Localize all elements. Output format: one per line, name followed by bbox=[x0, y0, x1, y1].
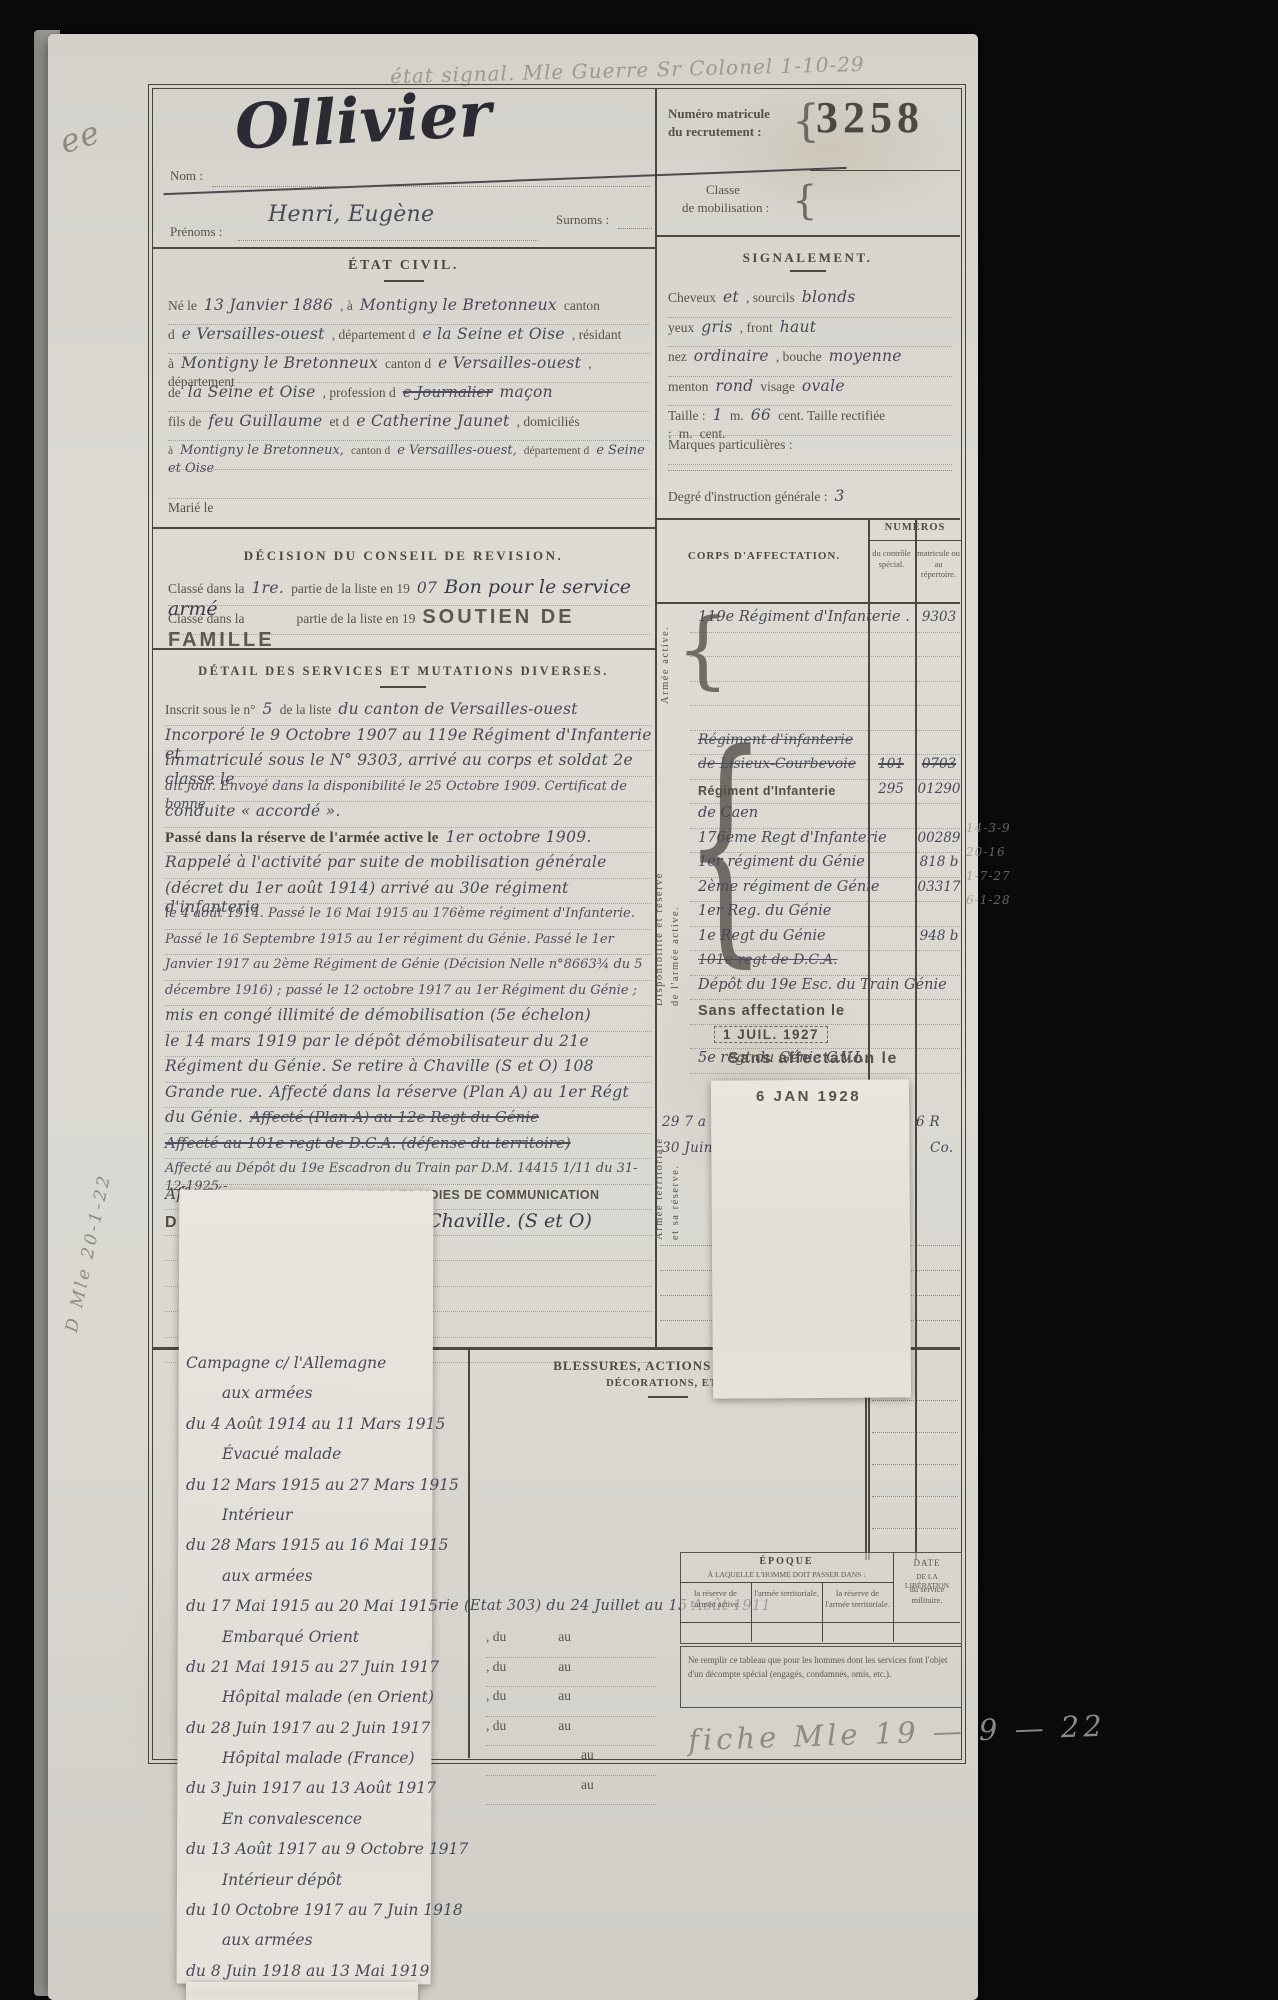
sans-affectation-stamp-label: Sans affectation le bbox=[728, 1050, 898, 1068]
etat-civil-underline bbox=[384, 280, 424, 282]
epoque-col2: l'armée territoriale. bbox=[753, 1588, 820, 1599]
nom-label: Nom : bbox=[170, 168, 203, 184]
matricule-rule bbox=[810, 170, 960, 171]
epoque-subtitle: À LAQUELLE L'HOMME DOIT PASSER DANS : bbox=[682, 1570, 891, 1579]
matricule-col-header: matricule ou au répertoire. bbox=[916, 548, 961, 580]
epoque-header-rule bbox=[680, 1582, 893, 1583]
degre-line: Degré d'instruction générale :3 bbox=[668, 487, 952, 516]
note-text: Ne remplir ce tableau que pour les homme… bbox=[688, 1654, 952, 1681]
dotted-row bbox=[872, 1400, 958, 1401]
marques-dotted-line bbox=[668, 470, 952, 471]
armee-active-label: Armée active. bbox=[660, 608, 671, 704]
decision-lines: Classé dans la1re.partie de la liste en … bbox=[168, 576, 650, 635]
territoriale-label-1: Armée territoriale bbox=[654, 1020, 665, 1240]
right-margin-pencil-notes: 14-3-920-161-7-276-1-28 bbox=[966, 816, 1011, 912]
prenoms-dotted-line bbox=[238, 240, 538, 241]
epoque-body-rule bbox=[680, 1622, 960, 1623]
handwriting-fragment: 29 7 a bbox=[662, 1114, 706, 1130]
reserve-label-1: Disponibilité et réserve bbox=[654, 718, 665, 1006]
surnoms-dotted-line bbox=[618, 228, 652, 229]
sans-affectation-stamp-date: 6 JAN 1928 bbox=[756, 1088, 861, 1105]
matricule-number: 3258 bbox=[816, 92, 924, 143]
handwriting-fragment: 30 Juin bbox=[662, 1140, 713, 1156]
epoque-col1: la réserve de l'armée active. bbox=[682, 1588, 749, 1609]
dotted-row bbox=[872, 1496, 958, 1497]
epoque-title: ÉPOQUE bbox=[680, 1556, 893, 1567]
controle-col-header: du contrôle spécial. bbox=[869, 548, 914, 569]
epoque-col-divider bbox=[751, 1582, 752, 1642]
dotted-row bbox=[872, 1464, 958, 1465]
nom-dotted-line bbox=[212, 186, 650, 187]
epoque-col-divider bbox=[822, 1582, 823, 1642]
prenoms-value: Henri, Eugène bbox=[268, 202, 434, 227]
classe-brace bbox=[792, 178, 817, 224]
surname-handwritten: Ollivier bbox=[233, 77, 493, 163]
header-rule-right bbox=[655, 235, 960, 237]
dotted-row bbox=[872, 1528, 958, 1529]
handwriting-fragment: Co. bbox=[930, 1140, 953, 1156]
date-header-3: du service militaire. bbox=[895, 1584, 959, 1605]
section-rule bbox=[152, 527, 655, 529]
etat-civil-text: Né le13 Janvier 1886, àMontigny le Breto… bbox=[168, 296, 650, 528]
dotted-row bbox=[872, 1432, 958, 1433]
scanned-military-record: état signal. Mle Guerre Sr Colonel 1-10-… bbox=[0, 0, 1278, 2000]
services-title: DÉTAIL DES SERVICES ET MUTATIONS DIVERSE… bbox=[152, 664, 655, 679]
corps-affectation-rows: 119e Régiment d'Infanterie .9303Régiment… bbox=[690, 608, 962, 1074]
corps-header: CORPS D'AFFECTATION. bbox=[660, 550, 868, 562]
signalement-underline bbox=[790, 270, 826, 272]
epoque-col3: la réserve de l'armée territoriale. bbox=[824, 1588, 891, 1609]
section-rule bbox=[152, 648, 655, 650]
decision-title: DÉCISION DU CONSEIL DE REVISION. bbox=[152, 548, 655, 564]
signalement-title: SIGNALEMENT. bbox=[655, 250, 960, 266]
surnoms-label: Surnoms : bbox=[556, 212, 609, 228]
territoriale-label-2: et sa réserve. bbox=[670, 1020, 681, 1240]
matricule-label-line2: du recrutement : bbox=[668, 124, 762, 140]
classe-label-line1: Classe bbox=[706, 182, 740, 198]
signalement-rows: Cheveuxet, sourcilsblondsyeuxgris, front… bbox=[668, 288, 952, 465]
attached-slip-right bbox=[711, 1079, 911, 1398]
date-header-1: DATE bbox=[895, 1558, 959, 1569]
reserve-label-2: de l'armée active. bbox=[670, 718, 681, 1006]
campagnes-divider bbox=[468, 1347, 470, 1758]
du-au-rows: , duau, duau, duau, duauauau bbox=[486, 1628, 656, 1805]
epoque-date-divider bbox=[893, 1552, 894, 1642]
matricule-label-line1: Numéro matricule bbox=[668, 106, 770, 122]
handwriting-fragment: 6 R bbox=[916, 1114, 940, 1130]
prenoms-label: Prénoms : bbox=[170, 224, 222, 240]
blessures-underline bbox=[648, 1396, 688, 1398]
classe-label-line2: de mobilisation : bbox=[682, 200, 769, 216]
campagnes-entries: Campagne c/ l'Allemagneaux arméesdu 4 Ao… bbox=[186, 1354, 456, 1992]
services-underline bbox=[380, 686, 426, 688]
etat-civil-title: ÉTAT CIVIL. bbox=[152, 258, 655, 274]
section-rule bbox=[152, 247, 655, 249]
